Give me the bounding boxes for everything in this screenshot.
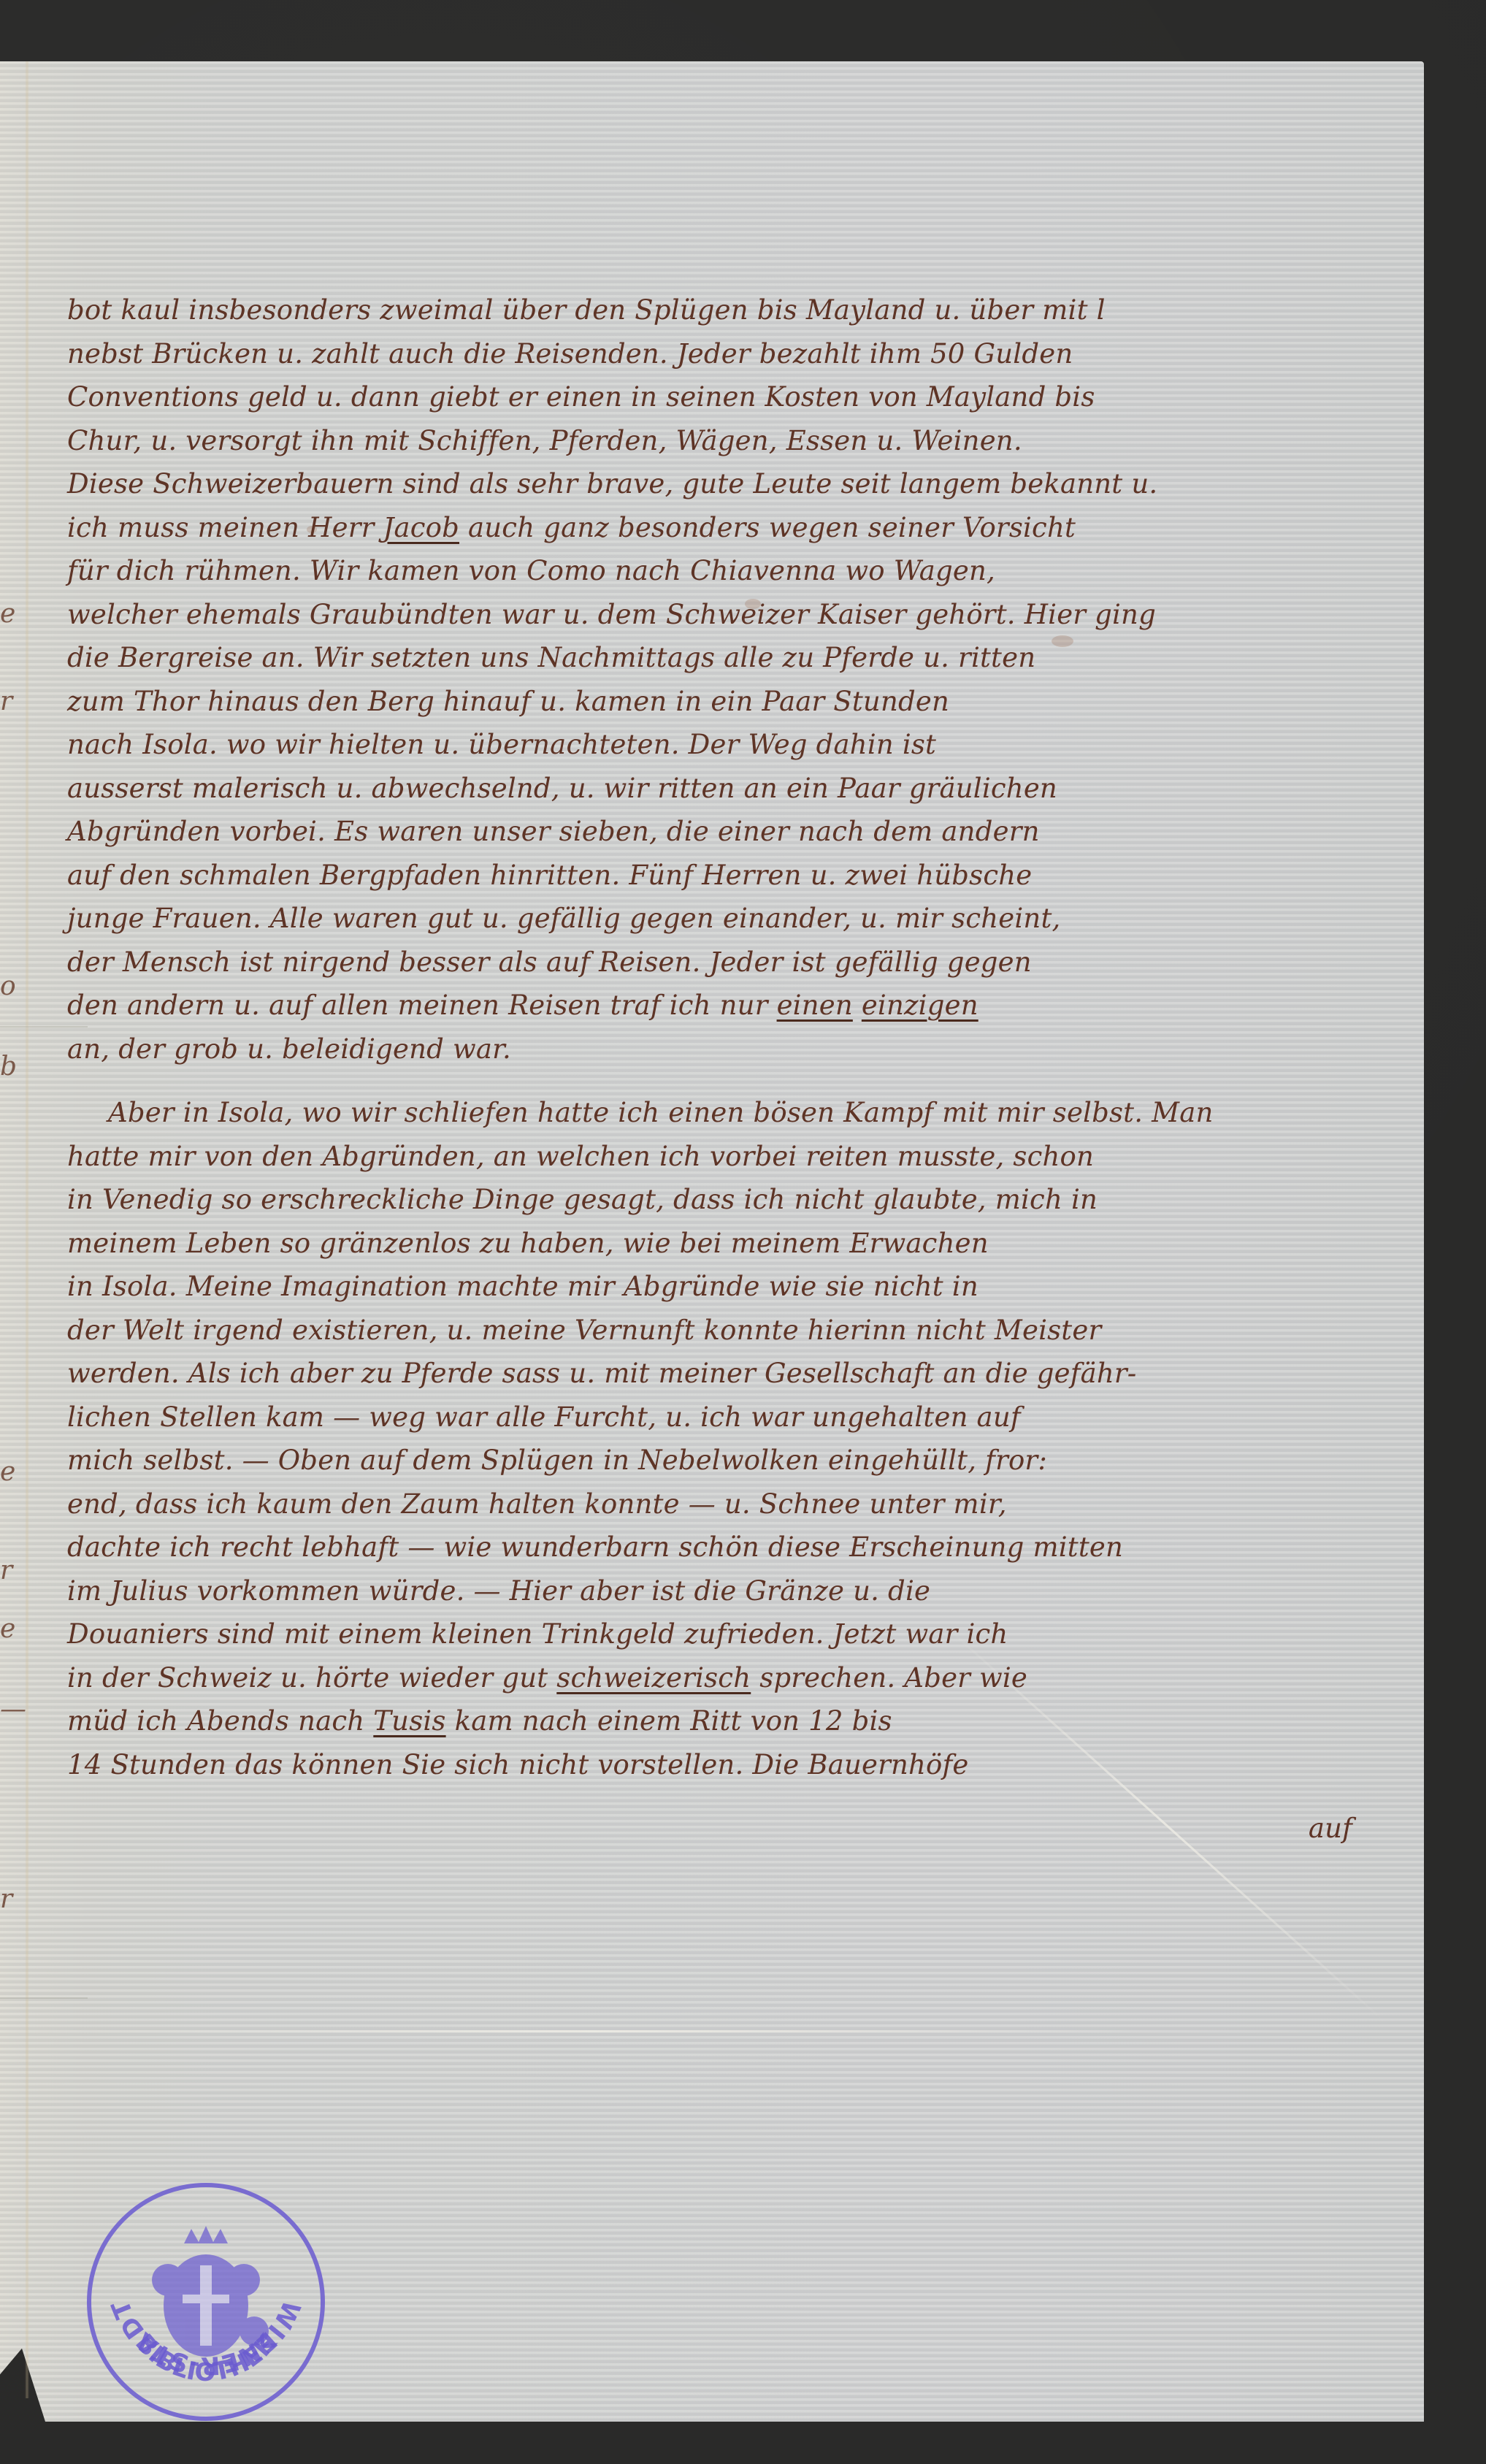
library-stamp: WIENER-STADT BIBLIOTHEK: [82, 2178, 330, 2426]
text-segment: auch ganz besonders wegen seiner Vorsich…: [459, 512, 1076, 543]
margin-bleed-text: o: [0, 971, 16, 1001]
text-line: Abgründen vorbei. Es waren unser sieben,…: [67, 810, 1403, 854]
text-line: zum Thor hinaus den Berg hinauf u. kamen…: [67, 680, 1403, 724]
catchword: auf: [67, 1807, 1403, 1851]
text-line-paragraph-start: Aber in Isola, wo wir schliefen hatte ic…: [67, 1091, 1403, 1135]
text-line: nebst Brücken u. zahlt auch die Reisende…: [67, 332, 1403, 376]
text-line: die Bergreise an. Wir setzten uns Nachmi…: [67, 636, 1403, 680]
margin-bleed-text: r: [0, 1884, 12, 1914]
letter-body: bot kaul insbesonders zweimal über den S…: [67, 288, 1403, 1851]
paper-fold: [25, 61, 29, 2398]
text-line: ausserst malerisch u. abwechselnd, u. wi…: [67, 767, 1403, 811]
text-line: 14 Stunden das können Sie sich nicht vor…: [67, 1743, 1403, 1787]
margin-bleed-text: r: [0, 1556, 12, 1585]
text-line-with-underline: ich muss meinen Herr Jacob auch ganz bes…: [67, 506, 1403, 550]
text-segment: kam nach einem Ritt von 12 bis: [446, 1705, 892, 1737]
text-line: dachte ich recht lebhaft — wie wunderbar…: [67, 1526, 1403, 1569]
text-line: werden. Als ich aber zu Pferde sass u. m…: [67, 1352, 1403, 1396]
text-segment: müd ich Abends nach: [67, 1705, 373, 1737]
text-line: für dich rühmen. Wir kamen von Como nach…: [67, 549, 1403, 593]
text-segment: ich muss meinen Herr: [67, 512, 383, 543]
text-line-with-underline: in der Schweiz u. hörte wieder gut schwe…: [67, 1656, 1403, 1700]
text-line: hatte mir von den Abgründen, an welchen …: [67, 1135, 1403, 1179]
text-line: an, der grob u. beleidigend war.: [67, 1028, 1403, 1071]
text-line: der Mensch ist nirgend besser als auf Re…: [67, 941, 1403, 984]
text-line: auf den schmalen Bergpfaden hinritten. F…: [67, 854, 1403, 898]
margin-bleed-text: e: [0, 599, 15, 629]
paper-crease-horizontal: [44, 2030, 1139, 2032]
text-segment: sprechen. Aber wie: [751, 1662, 1027, 1694]
text-line: nach Isola. wo wir hielten u. übernachte…: [67, 723, 1403, 767]
text-line: end, dass ich kaum den Zaum halten konnt…: [67, 1482, 1403, 1526]
text-line: lichen Stellen kam — weg war alle Furcht…: [67, 1396, 1403, 1439]
text-line: Diese Schweizerbauern sind als sehr brav…: [67, 462, 1403, 506]
text-line: Douaniers sind mit einem kleinen Trinkge…: [67, 1612, 1403, 1656]
margin-bleed-text: b: [0, 1052, 17, 1082]
scanned-document: e r o b e r e — r bot kaul insbesonders …: [0, 0, 1486, 2464]
text-line: in Venedig so erschreckliche Dinge gesag…: [67, 1178, 1403, 1222]
text-segment: den andern u. auf allen meinen Reisen tr…: [67, 990, 777, 1021]
text-line: bot kaul insbesonders zweimal über den S…: [67, 288, 1403, 332]
text-line: im Julius vorkommen würde. — Hier aber i…: [67, 1569, 1403, 1613]
text-line: mich selbst. — Oben auf dem Splügen in N…: [67, 1439, 1403, 1482]
text-line: der Welt irgend existieren, u. meine Ver…: [67, 1309, 1403, 1352]
underlined-word: schweizerisch: [556, 1662, 751, 1694]
text-line: in Isola. Meine Imagination machte mir A…: [67, 1265, 1403, 1309]
text-segment: in der Schweiz u. hörte wieder gut: [67, 1662, 556, 1694]
text-line: Chur, u. versorgt ihn mit Schiffen, Pfer…: [67, 419, 1403, 463]
margin-bleed-text: e: [0, 1457, 15, 1487]
underlined-place: Tusis: [373, 1705, 445, 1737]
margin-bleed-text: —: [0, 1694, 26, 1724]
stamp-emblem-icon: WIENER-STADT BIBLIOTHEK: [82, 2178, 330, 2426]
margin-bleed-text: r: [0, 686, 12, 716]
paper-crease-mark: [0, 1997, 88, 1999]
text-line-with-underline: den andern u. auf allen meinen Reisen tr…: [67, 984, 1403, 1028]
text-line: meinem Leben so gränzenlos zu haben, wie…: [67, 1222, 1403, 1266]
text-line-with-underline: müd ich Abends nach Tusis kam nach einem…: [67, 1699, 1403, 1743]
underlined-word: einen: [777, 990, 853, 1021]
text-line: welcher ehemals Graubündten war u. dem S…: [67, 593, 1403, 637]
margin-bleed-text: e: [0, 1614, 15, 1644]
underlined-word: einzigen: [862, 990, 978, 1021]
text-line: Conventions geld u. dann giebt er einen …: [67, 375, 1403, 419]
text-line: junge Frauen. Alle waren gut u. gefällig…: [67, 897, 1403, 941]
underlined-name: Jacob: [383, 512, 459, 543]
